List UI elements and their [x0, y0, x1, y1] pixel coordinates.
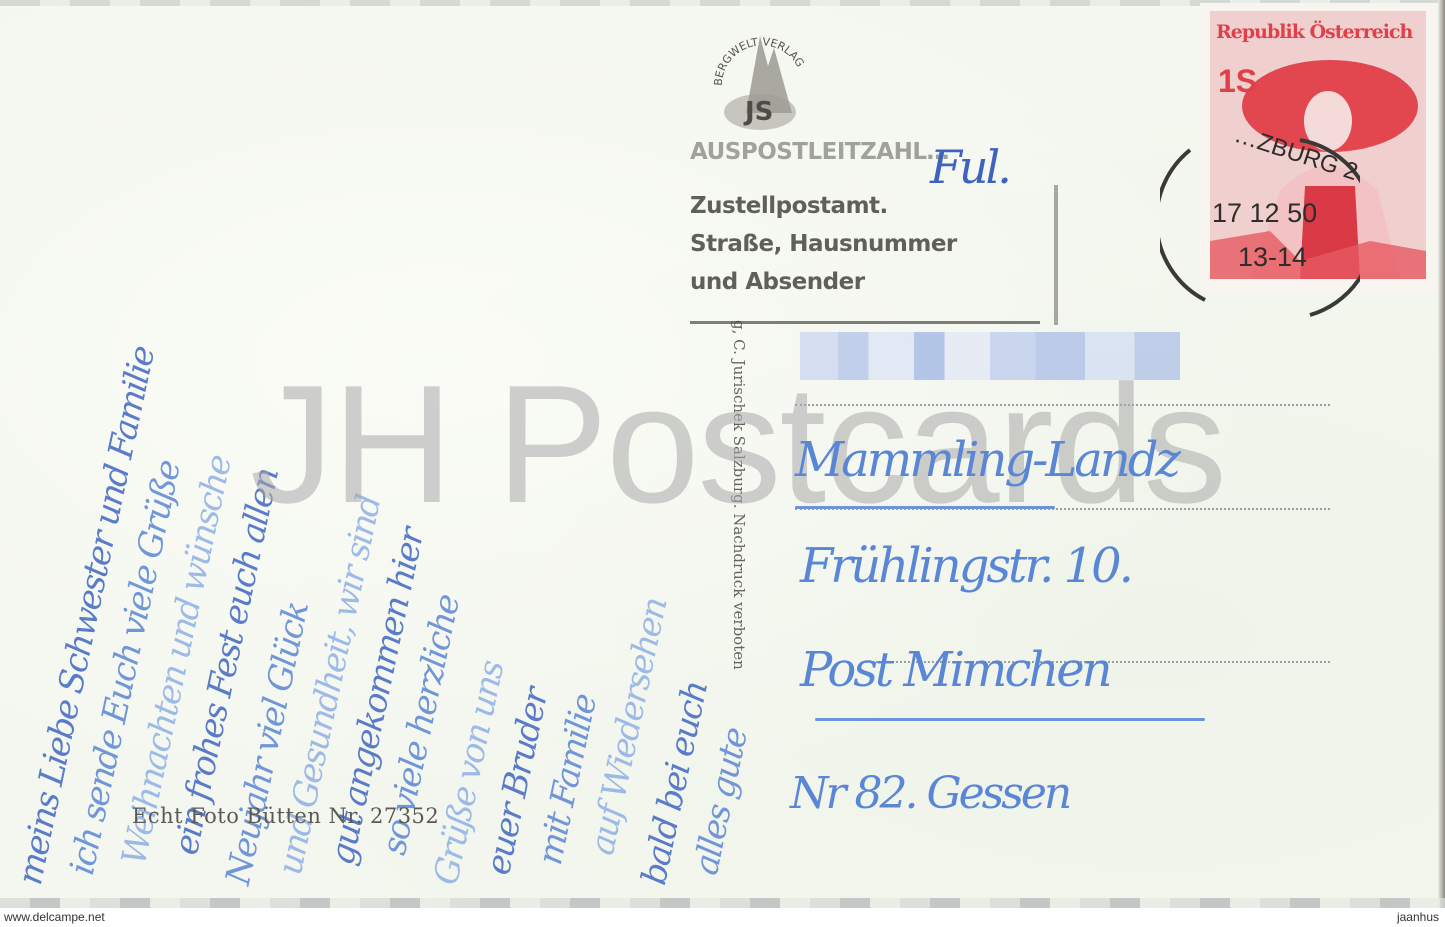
seller-label: jaanhus	[1397, 910, 1439, 924]
postcard-back: meins Liebe Schwester und Familieich sen…	[0, 0, 1445, 908]
slogan-line-2: Zustellpostamt.	[690, 193, 888, 219]
address-street-line: Frühlingstr. 10.	[800, 538, 1131, 594]
stamp-country: Republik Österreich	[1216, 21, 1412, 43]
stamp-denomination: 1S	[1218, 63, 1257, 100]
address-underline-2	[815, 718, 1205, 721]
logo-initials: JS	[743, 97, 773, 127]
handwritten-note: Ful.	[930, 140, 1009, 194]
cancel-bar	[1054, 185, 1058, 325]
card-right-edge	[1438, 0, 1445, 908]
slogan-line-1: AUSPOSTLEITZAHL…	[690, 139, 949, 165]
source-site-label: www.delcampe.net	[4, 910, 105, 924]
slogan-line-3: Straße, Hausnummer	[690, 231, 957, 257]
address-city-line: Post Mimchen	[800, 642, 1110, 698]
address-recipient-line: Mammling-Landz	[795, 432, 1178, 488]
photo-paper-imprint: Echt Foto Bütten Nr. 27352	[132, 804, 439, 828]
address-postal-line: Nr 82. Gessen	[790, 768, 1069, 819]
postmark-time: 13-14	[1238, 242, 1307, 273]
card-bottom-edge	[0, 898, 1445, 908]
bergwelt-verlag-logo: BERGWELT VERLAG JS	[712, 8, 808, 132]
image-footer: www.delcampe.net jaanhus	[0, 908, 1445, 927]
address-underline	[795, 506, 1055, 509]
postmark-date: 17 12 50	[1212, 198, 1317, 229]
slogan-line-4: und Absender	[690, 269, 865, 295]
